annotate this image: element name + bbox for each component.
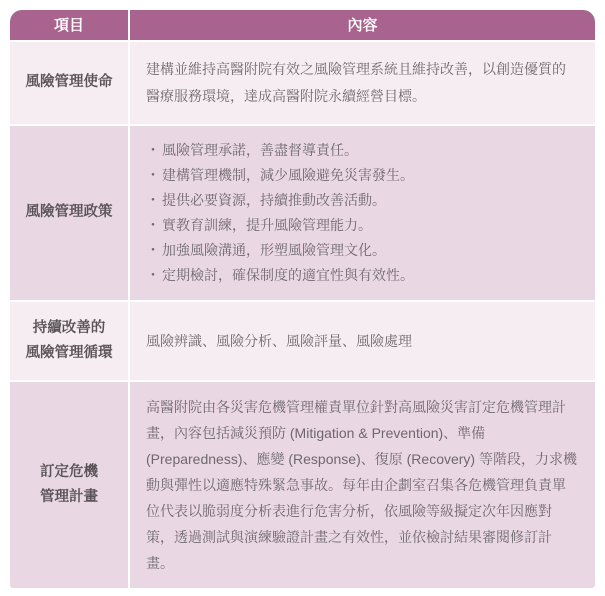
bullet-icon: ・ — [146, 163, 160, 188]
column-header-content: 內容 — [130, 10, 595, 40]
mission-text: 建構並維持高醫附院有效之風險管理系統且維持改善，以創造優質的醫療服務環境，達成高… — [146, 56, 577, 109]
bullet-text: 實教育訓練，提升風險管理能力。 — [162, 213, 372, 238]
list-item: ・ 實教育訓練，提升風險管理能力。 — [146, 213, 577, 238]
row-content-crisis-plan: 高醫附院由各災害危機管理權責單位針對高風險災害訂定危機管理計畫，內容包括減災預防… — [130, 382, 595, 588]
column-header-item: 項目 — [10, 10, 128, 40]
bullet-text: 建構管理機制，減少風險避免災害發生。 — [162, 163, 414, 188]
bullet-icon: ・ — [146, 238, 160, 263]
risk-management-table: 項目 內容 風險管理使命 建構並維持高醫附院有效之風險管理系統且維持改善，以創造… — [10, 10, 595, 588]
row-label-crisis-plan: 訂定危機 管理計畫 — [10, 382, 128, 588]
list-item: ・ 定期檢討，確保制度的適宜性與有效性。 — [146, 263, 577, 288]
row-label-mission: 風險管理使命 — [10, 42, 128, 124]
crisis-plan-text: 高醫附院由各災害危機管理權責單位針對高風險災害訂定危機管理計畫，內容包括減災預防… — [146, 394, 577, 576]
bullet-text: 加強風險溝通，形塑風險管理文化。 — [162, 238, 386, 263]
list-item: ・ 建構管理機制，減少風險避免災害發生。 — [146, 163, 577, 188]
row-content-policy: ・ 風險管理承諾，善盡督導責任。 ・ 建構管理機制，減少風險避免災害發生。 ・ … — [130, 126, 595, 300]
table-row-cycle: 持續改善的 風險管理循環 風險辨識、風險分析、風險評量、風險處理 — [10, 302, 595, 380]
row-content-cycle: 風險辨識、風險分析、風險評量、風險處理 — [130, 302, 595, 380]
bullet-icon: ・ — [146, 188, 160, 213]
table-row-mission: 風險管理使命 建構並維持高醫附院有效之風險管理系統且維持改善，以創造優質的醫療服… — [10, 42, 595, 124]
bullet-text: 風險管理承諾，善盡督導責任。 — [162, 138, 358, 163]
table-header-row: 項目 內容 — [10, 10, 595, 40]
cycle-text: 風險辨識、風險分析、風險評量、風險處理 — [146, 328, 577, 355]
bullet-icon: ・ — [146, 263, 160, 288]
list-item: ・ 風險管理承諾，善盡督導責任。 — [146, 138, 577, 163]
bullet-text: 提供必要資源，持續推動改善活動。 — [162, 188, 386, 213]
table-row-crisis-plan: 訂定危機 管理計畫 高醫附院由各災害危機管理權責單位針對高風險災害訂定危機管理計… — [10, 382, 595, 588]
policy-bullet-list: ・ 風險管理承諾，善盡督導責任。 ・ 建構管理機制，減少風險避免災害發生。 ・ … — [146, 138, 577, 288]
bullet-icon: ・ — [146, 213, 160, 238]
table-row-policy: 風險管理政策 ・ 風險管理承諾，善盡督導責任。 ・ 建構管理機制，減少風險避免災… — [10, 126, 595, 300]
row-label-cycle: 持續改善的 風險管理循環 — [10, 302, 128, 380]
list-item: ・ 提供必要資源，持續推動改善活動。 — [146, 188, 577, 213]
bullet-text: 定期檢討，確保制度的適宜性與有效性。 — [162, 263, 414, 288]
row-label-policy: 風險管理政策 — [10, 126, 128, 300]
bullet-icon: ・ — [146, 138, 160, 163]
list-item: ・ 加強風險溝通，形塑風險管理文化。 — [146, 238, 577, 263]
row-content-mission: 建構並維持高醫附院有效之風險管理系統且維持改善，以創造優質的醫療服務環境，達成高… — [130, 42, 595, 124]
